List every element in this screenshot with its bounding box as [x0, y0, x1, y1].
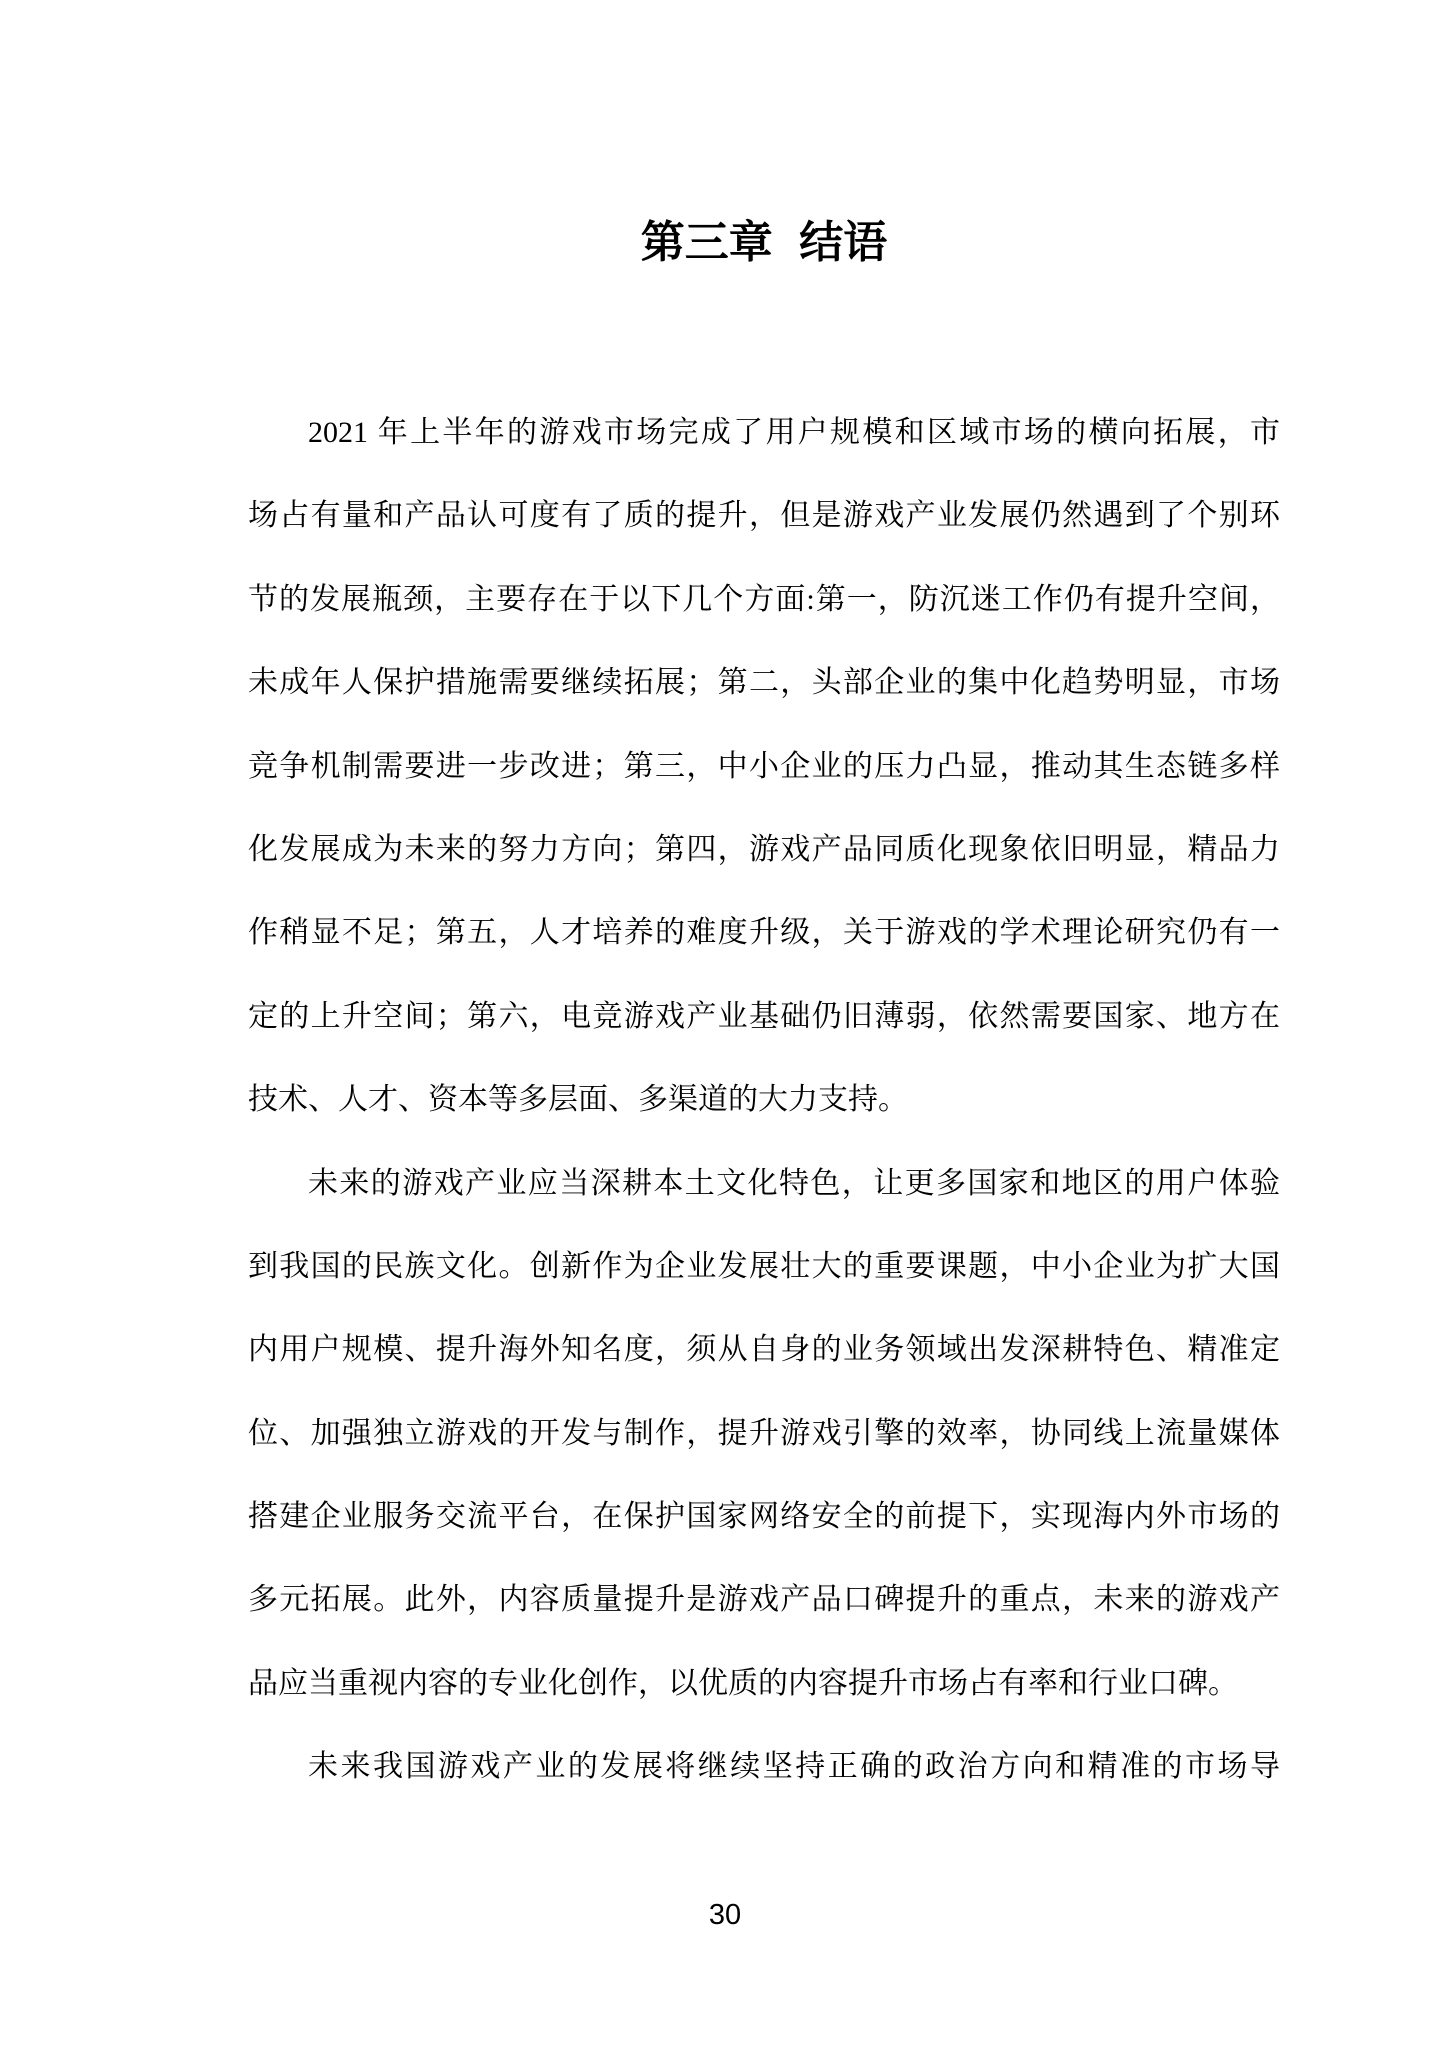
text-line: 搭建企业服务交流平台，在保护国家网络安全的前提下，实现海内外市场的	[248, 1475, 1280, 1558]
text-line: 未来的游戏产业应当深耕本土文化特色，让更多国家和地区的用户体验	[248, 1142, 1280, 1225]
text-line: 化发展成为未来的努力方向；第四，游戏产品同质化现象依旧明显，精品力	[248, 808, 1280, 891]
text-line: 技术、人才、资本等多层面、多渠道的大力支持。	[248, 1058, 1280, 1141]
text-line: 定的上升空间；第六，电竞游戏产业基础仍旧薄弱，依然需要国家、地方在	[248, 975, 1280, 1058]
text-line: 节的发展瓶颈，主要存在于以下几个方面:第一，防沉迷工作仍有提升空间，	[248, 558, 1280, 641]
chapter-title: 第三章 结语	[248, 212, 1280, 274]
text-line: 品应当重视内容的专业化创作，以优质的内容提升市场占有率和行业口碑。	[248, 1642, 1280, 1725]
document-page: 第三章 结语 2021 年上半年的游戏市场完成了用户规模和区域市场的横向拓展，市…	[0, 0, 1450, 2047]
text-line: 作稍显不足；第五，人才培养的难度升级，关于游戏的学术理论研究仍有一	[248, 891, 1280, 974]
body-text: 2021 年上半年的游戏市场完成了用户规模和区域市场的横向拓展，市场占有量和产品…	[248, 391, 1280, 1809]
page-number: 30	[0, 1896, 1450, 1934]
text-line: 竞争机制需要进一步改进；第三，中小企业的压力凸显，推动其生态链多样	[248, 725, 1280, 808]
paragraph: 未来的游戏产业应当深耕本土文化特色，让更多国家和地区的用户体验到我国的民族文化。…	[248, 1142, 1280, 1726]
text-line: 内用户规模、提升海外知名度，须从自身的业务领域出发深耕特色、精准定	[248, 1308, 1280, 1391]
paragraph: 未来我国游戏产业的发展将继续坚持正确的政治方向和精准的市场导	[248, 1725, 1280, 1808]
text-line: 2021 年上半年的游戏市场完成了用户规模和区域市场的横向拓展，市	[248, 391, 1280, 474]
paragraph: 2021 年上半年的游戏市场完成了用户规模和区域市场的横向拓展，市场占有量和产品…	[248, 391, 1280, 1142]
text-line: 场占有量和产品认可度有了质的提升，但是游戏产业发展仍然遇到了个别环	[248, 474, 1280, 557]
text-line: 多元拓展。此外，内容质量提升是游戏产品口碑提升的重点，未来的游戏产	[248, 1558, 1280, 1641]
text-line: 位、加强独立游戏的开发与制作，提升游戏引擎的效率，协同线上流量媒体	[248, 1392, 1280, 1475]
text-line: 到我国的民族文化。创新作为企业发展壮大的重要课题，中小企业为扩大国	[248, 1225, 1280, 1308]
text-line: 未来我国游戏产业的发展将继续坚持正确的政治方向和精准的市场导	[248, 1725, 1280, 1808]
text-line: 未成年人保护措施需要继续拓展；第二，头部企业的集中化趋势明显，市场	[248, 641, 1280, 724]
